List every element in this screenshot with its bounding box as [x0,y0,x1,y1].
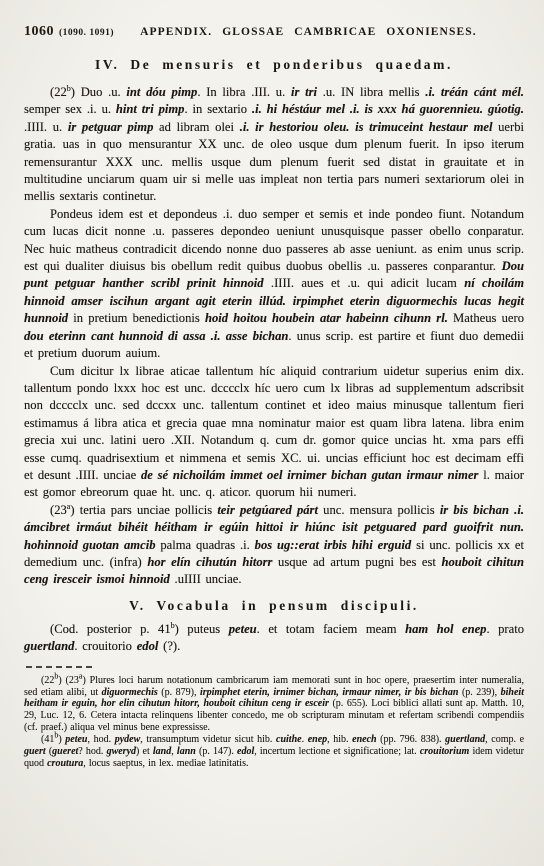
body-paragraph-cod-posterior: (Cod. posterior p. 41b) puteus peteu. et… [24,621,524,656]
footnotes: (22b) (23a) Plures loci harum notationum… [24,675,524,770]
body-paragraph-23a: (23a) tertia pars unciae pollicis teir p… [24,502,524,589]
body-text-section-v: (Cod. posterior p. 41b) puteus peteu. et… [24,621,524,656]
page-number: 1060 [24,24,54,40]
footnote-separator [26,666,92,668]
section-heading-iv: IV. De mensuris et ponderibus quaedam. [24,57,524,73]
running-head: 1060 (1090. 1091) APPENDIX. GLOSSAE CAMB… [24,24,524,40]
body-paragraph-22b: (22b) Duo .u. int dóu pimp. In libra .II… [24,84,524,206]
running-title: APPENDIX. GLOSSAE CAMBRICAE OXONIENSES. [140,26,477,38]
section-heading-v: V. Vocabula in pensum discipuli. [24,598,524,614]
body-paragraph-tallentum: Cum dicitur lx librae aticae tallentum h… [24,363,524,502]
scanned-book-page: 1060 (1090. 1091) APPENDIX. GLOSSAE CAMB… [0,0,544,866]
body-paragraph-pondeus: Pondeus idem est et depondeus .i. duo se… [24,206,524,363]
body-text: (22b) Duo .u. int dóu pimp. In libra .II… [24,84,524,589]
footnote-41b: (41b) peteu, hod. pydew, transumptum vid… [24,734,524,770]
footnote-22b-23a: (22b) (23a) Plures loci harum notationum… [24,675,524,735]
page-references: (1090. 1091) [59,28,114,38]
